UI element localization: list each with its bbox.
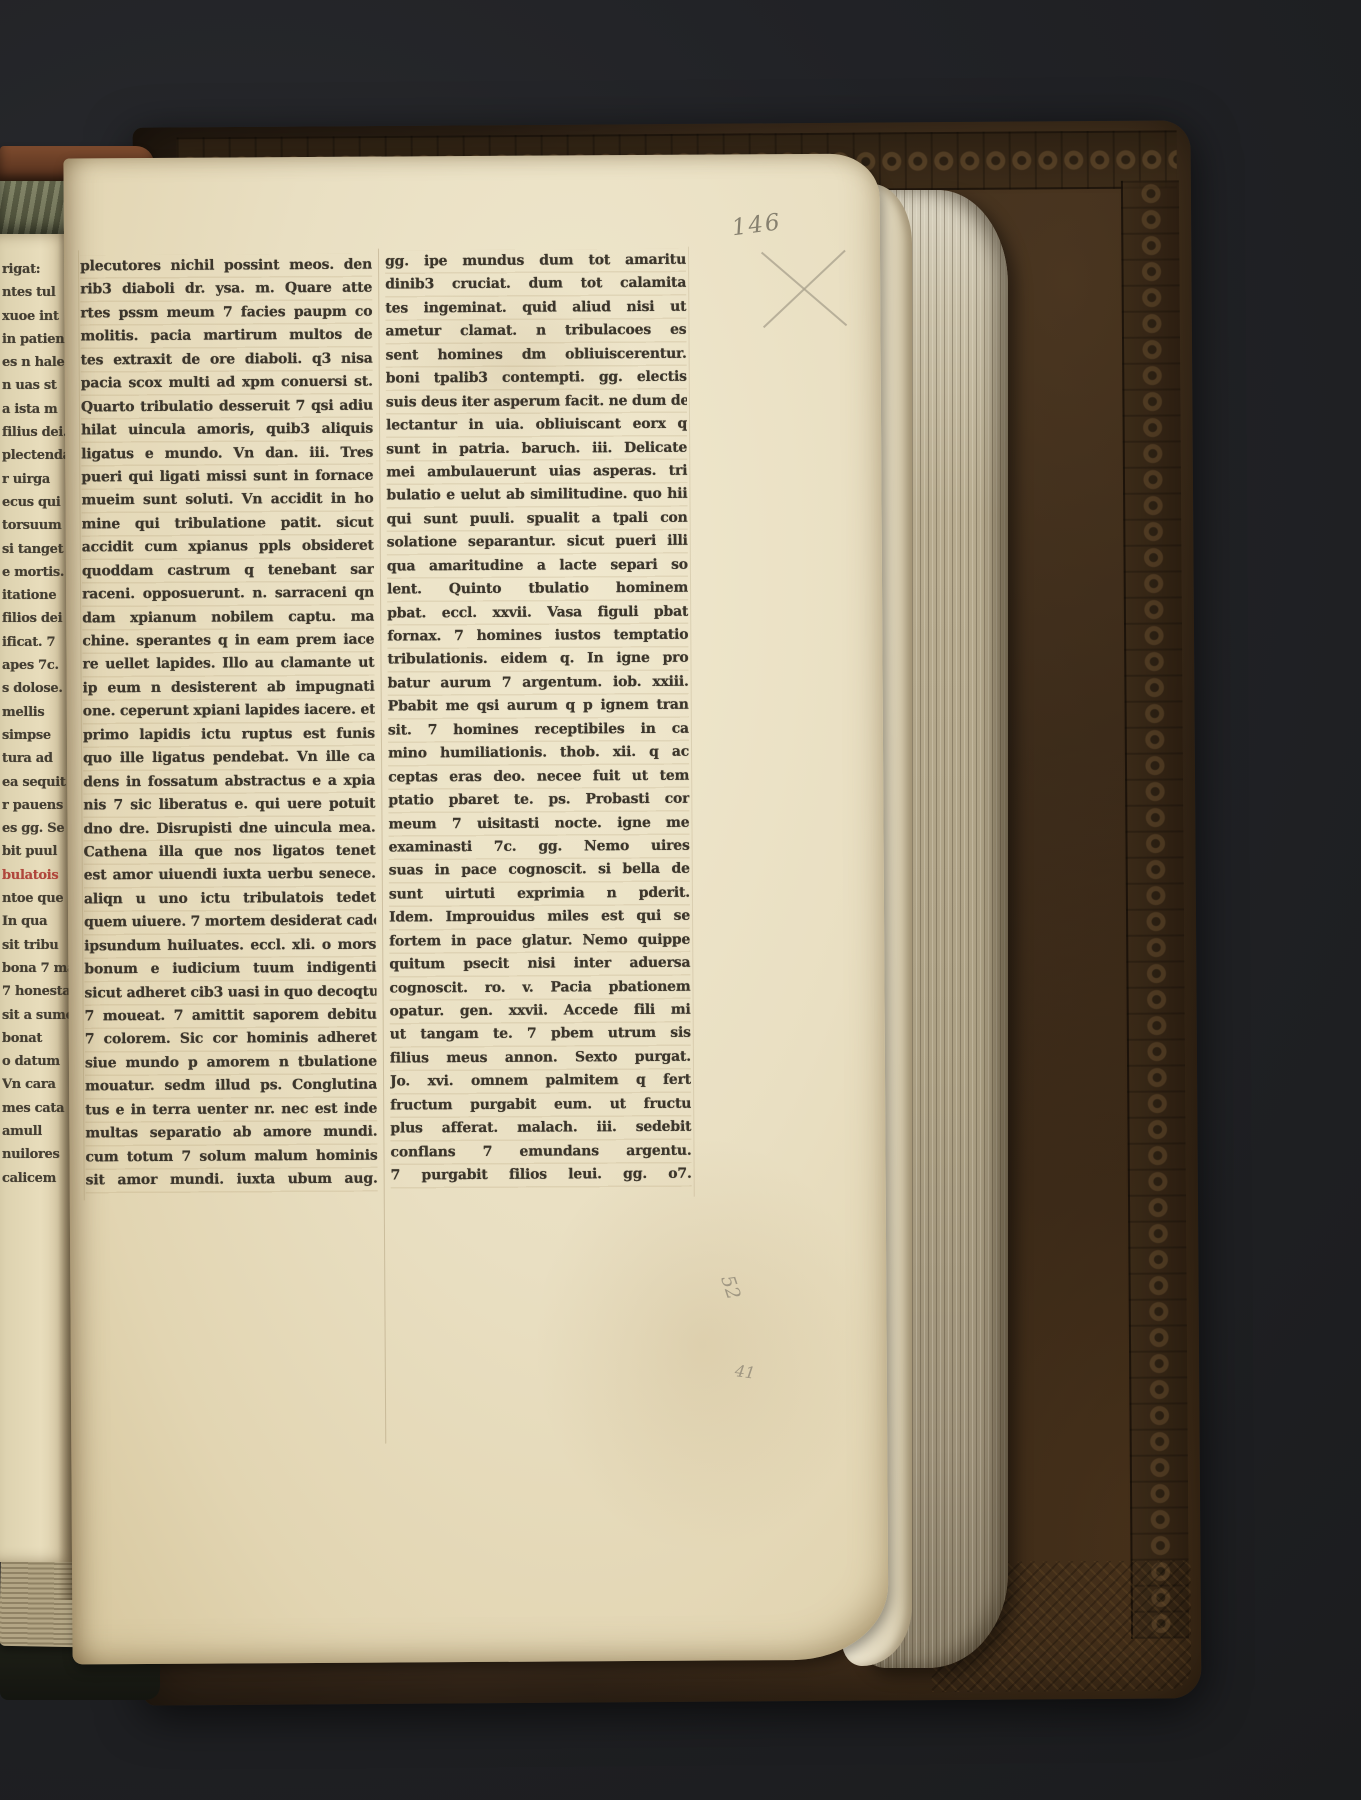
manuscript-line: sunt in patria. baruch. iii. Delicate xyxy=(386,436,687,461)
manuscript-line: quo ille ligatus pendebat. Vn ille ca xyxy=(83,746,375,771)
manuscript-line: Pbabit me qsi aurum q p ignem tran xyxy=(388,694,689,719)
manuscript-line: Cathena illa que nos ligatos tenet xyxy=(84,840,376,865)
manuscript-line: raceni. opposuerunt. n. sarraceni qn xyxy=(82,582,374,607)
manuscript-line: mueim sunt soluti. Vn accidit in ho xyxy=(81,488,373,513)
manuscript-line: tus e in terra uenter nr. nec est inde xyxy=(85,1097,377,1122)
manuscript-line: quitum psecit nisi inter aduersa xyxy=(389,952,690,977)
manuscript-line: tes extraxit de ore diaboli. q3 nisa xyxy=(81,347,373,372)
manuscript-line: dam xpianum nobilem captu. ma xyxy=(82,605,374,630)
text-column-right: gg. ipe mundus dum tot amaritudinib3 cru… xyxy=(385,249,692,1191)
manuscript-line: mino humiliationis. thob. xii. q ac xyxy=(388,741,689,766)
manuscript-line: opatur. gen. xxvii. Accede fili mi xyxy=(390,999,691,1024)
manuscript-line: pbat. eccl. xxvii. Vasa figuli pbat xyxy=(387,600,688,625)
manuscript-line: re uellet lapides. Illo au clamante ut xyxy=(82,652,374,677)
manuscript-line: multas separatio ab amore mundi. xyxy=(85,1121,377,1146)
manuscript-line: ipsundum huiluates. eccl. xli. o mors xyxy=(84,933,376,958)
manuscript-line: suas in pace cognoscit. si bella de xyxy=(389,858,690,883)
manuscript-line: sit amor mundi. iuxta ubum aug. xyxy=(86,1168,378,1193)
manuscript-line: ametur clamat. n tribulacoes es xyxy=(385,319,686,344)
text-column-left: plecutores nichil possint meos. denrib3 … xyxy=(80,254,378,1196)
manuscript-line: sicut adheret cib3 uasi in quo decoqtur xyxy=(84,980,376,1005)
manuscript-line: tribulationis. eidem q. In igne pro xyxy=(387,647,688,672)
manuscript-line: dens in fossatum abstractus e a xpia xyxy=(83,769,375,794)
manuscript-line: mei ambulauerunt uias asperas. tri xyxy=(386,460,687,485)
manuscript-line: dinib3 cruciat. dum tot calamita xyxy=(385,272,686,297)
manuscript-line: one. ceperunt xpiani lapides iacere. et xyxy=(83,699,375,724)
manuscript-line: tes ingeminat. quid aliud nisi ut xyxy=(385,296,686,321)
manuscript-line: filius meus annon. Sexto purgat. xyxy=(390,1046,691,1071)
manuscript-page: 146 plecutores nichil possint meos. denr… xyxy=(63,154,888,1665)
manuscript-line: accidit cum xpianus ppls obsideret xyxy=(82,535,374,560)
manuscript-line: ceptas eras deo. necee fuit ut tem xyxy=(388,764,689,789)
pencil-mark-41: 41 xyxy=(734,1361,757,1383)
manuscript-line: Quarto tribulatio desseruit 7 qsi adiu xyxy=(81,394,373,419)
manuscript-line: nis 7 sic liberatus e. qui uere potuit xyxy=(83,793,375,818)
manuscript-line: mouatur. sedm illud ps. Conglutina xyxy=(85,1074,377,1099)
column-ruling-line xyxy=(378,249,386,1444)
cover-tooling-right-band xyxy=(1121,180,1189,1638)
manuscript-line: ip eum n desisterent ab impugnati xyxy=(83,675,375,700)
manuscript-line: aliqn u uno ictu tribulatois tedet xyxy=(84,886,376,911)
manuscript-line: qui sunt puuli. spualit a tpali con xyxy=(387,507,688,532)
manuscript-line: 7 moueat. 7 amittit saporem debitu xyxy=(85,1004,377,1029)
manuscript-line: examinasti 7c. gg. Nemo uires xyxy=(389,835,690,860)
manuscript-line: suis deus iter asperum facit. ne dum de xyxy=(386,389,687,414)
manuscript-line: hilat uincula amoris, quib3 aliquis xyxy=(81,418,373,443)
manuscript-line: gg. ipe mundus dum tot amaritu xyxy=(385,249,686,274)
manuscript-line: qua amaritudine a lacte separi so xyxy=(387,553,688,578)
manuscript-line: bulatio e uelut ab similitudine. quo hii xyxy=(386,483,687,508)
manuscript-line: batur aurum 7 argentum. iob. xxiii. xyxy=(388,671,689,696)
manuscript-line: mine qui tribulatione patit. sicut xyxy=(82,511,374,536)
manuscript-line: est amor uiuendi iuxta uerbu senece. xyxy=(84,863,376,888)
manuscript-line: plus afferat. malach. iii. sedebit xyxy=(390,1116,691,1141)
folio-number: 146 xyxy=(730,209,783,241)
manuscript-line: sit. 7 homines receptibiles in ca xyxy=(388,717,689,742)
manuscript-line: rib3 diaboli dr. ysa. m. Quare atte xyxy=(80,277,372,302)
manuscript-line: pacia scox multi ad xpm conuersi st. xyxy=(81,371,373,396)
manuscript-line: solatione separantur. sicut pueri illi xyxy=(387,530,688,555)
manuscript-line: bonum e iudicium tuum indigenti xyxy=(84,957,376,982)
manuscript-line: sunt uirtuti exprimia n pderit. xyxy=(389,882,690,907)
manuscript-line: meum 7 uisitasti nocte. igne me xyxy=(388,811,689,836)
pencil-mark-52: 52 xyxy=(716,1273,744,1303)
pencil-x-mark xyxy=(754,242,855,335)
manuscript-line: boni tpalib3 contempti. gg. electis xyxy=(386,366,687,391)
manuscript-line: ptatio pbaret te. ps. Probasti cor xyxy=(388,788,689,813)
manuscript-line: siue mundo p amorem n tbulatione xyxy=(85,1050,377,1075)
manuscript-line: 7 purgabit filios leui. gg. o7. xyxy=(391,1163,692,1188)
manuscript-line: quem uiuere. 7 mortem desiderat cades xyxy=(84,910,376,935)
manuscript-line: primo lapidis ictu ruptus est funis xyxy=(83,722,375,747)
manuscript-line: fortem in pace glatur. Nemo quippe xyxy=(389,928,690,953)
manuscript-line: lectantur in uia. obliuiscant eorx q xyxy=(386,413,687,438)
manuscript-line: sent homines dm obliuiscerentur. xyxy=(386,342,687,367)
manuscript-line: ligatus e mundo. Vn dan. iii. Tres xyxy=(81,441,373,466)
manuscript-line: conflans 7 emundans argentu. xyxy=(390,1139,691,1164)
manuscript-line: rtes pssm meum 7 facies paupm co xyxy=(80,300,372,325)
photo-background: rigat:ntes tulxuoe intin patienes n hale… xyxy=(0,0,1361,1800)
manuscript-line: quoddam castrum q tenebant sar xyxy=(82,558,374,583)
manuscript-line: pueri qui ligati missi sunt in fornace xyxy=(81,465,373,490)
manuscript-line: fornax. 7 homines iustos temptatio xyxy=(387,624,688,649)
manuscript-line: cum totum 7 solum malum hominis xyxy=(85,1144,377,1169)
manuscript-line: plecutores nichil possint meos. den xyxy=(80,254,372,279)
manuscript-line: Jo. xvi. omnem palmitem q fert xyxy=(390,1069,691,1094)
manuscript-line: cognoscit. ro. v. Pacia pbationem xyxy=(389,975,690,1000)
manuscript-line: 7 colorem. Sic cor hominis adheret xyxy=(85,1027,377,1052)
manuscript-line: chine. sperantes q in eam prem iace xyxy=(82,629,374,654)
manuscript-line: lent. Quinto tbulatio hominem xyxy=(387,577,688,602)
manuscript-line: dno dre. Disrupisti dne uincula mea. xyxy=(83,816,375,841)
manuscript-line: ut tangam te. 7 pbem utrum sis xyxy=(390,1022,691,1047)
manuscript-line: Idem. Improuidus miles est qui se xyxy=(389,905,690,930)
manuscript-line: fructum purgabit eum. ut fructu xyxy=(390,1092,691,1117)
manuscript-line: molitis. pacia martirum multos de xyxy=(80,324,372,349)
